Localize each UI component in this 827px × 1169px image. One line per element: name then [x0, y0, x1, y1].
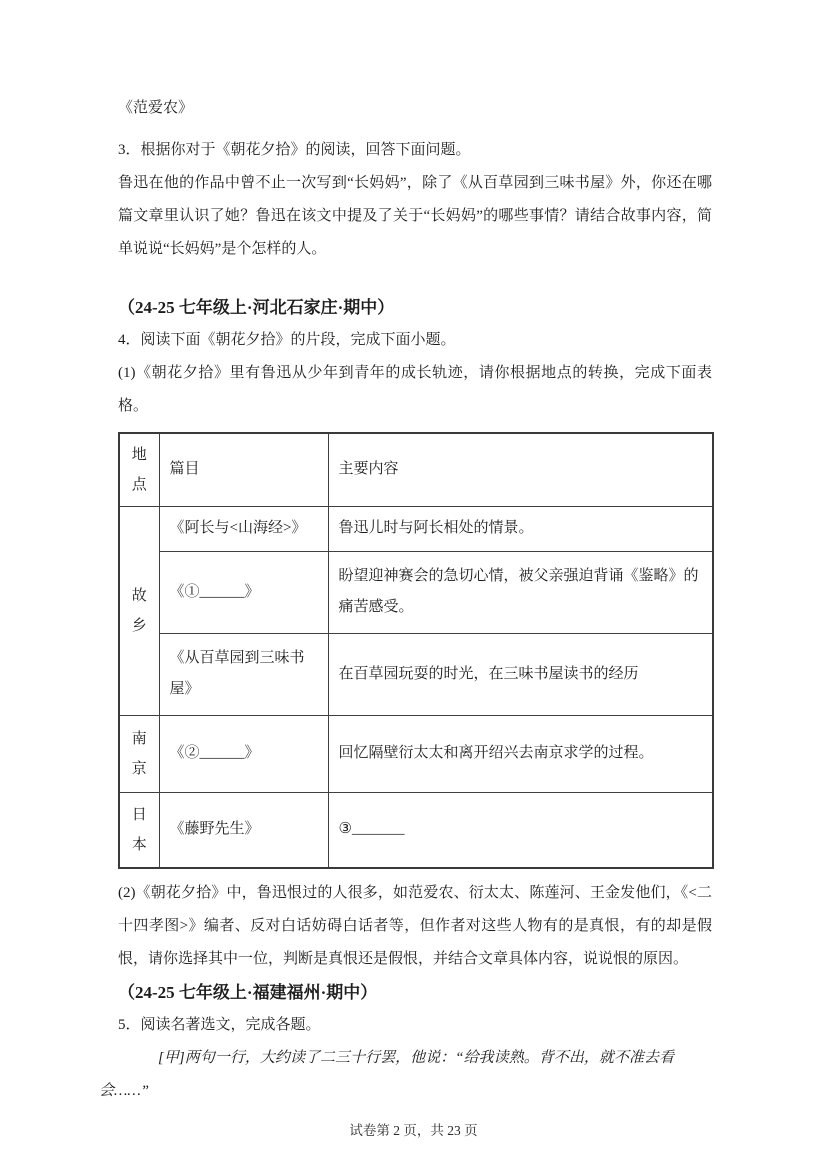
- q3-answer-title: 《范爱农》: [118, 92, 712, 125]
- title-cell-blank1: 《①______》: [159, 551, 328, 633]
- exam-source-heading-1: （24-25 七年级上·河北石家庄·期中）: [118, 291, 712, 324]
- table-row: 《①______》 盼望迎神赛会的急切心情，被父亲强迫背诵《鉴略》的痛苦感受。: [119, 551, 713, 633]
- place-cell-hometown: 故乡: [119, 506, 159, 715]
- table-header-title: 篇目: [159, 433, 328, 506]
- content-cell-baicaoyuan: 在百草园玩耍的时光，在三味书屋读书的经历: [328, 633, 713, 715]
- title-cell-tengye: 《藤野先生》: [159, 792, 328, 868]
- title-cell-baicaoyuan: 《从百草园到三味书屋》: [159, 633, 328, 715]
- question-3-body: 鲁迅在他的作品中曾不止一次写到“长妈妈”，除了《从百草园到三味书屋》外，你还在哪…: [118, 167, 712, 266]
- question-4-part1: (1)《朝花夕拾》里有鲁迅从少年到青年的成长轨迹，请你根据地点的转换，完成下面表…: [118, 357, 712, 423]
- growth-track-table: 地点 篇目 主要内容 故乡 《阿长与<山海经>》 鲁迅儿时与阿长相处的情景。 《…: [118, 432, 714, 869]
- content-cell-achang: 鲁迅儿时与阿长相处的情景。: [328, 506, 713, 551]
- question-4-part2: (2)《朝花夕拾》中，鲁迅恨过的人很多，如范爱农、衍太太、陈莲河、王金发他们，《…: [118, 877, 712, 976]
- table-header-content: 主要内容: [328, 433, 713, 506]
- place-text-nanjing: 南京: [132, 724, 147, 784]
- title-cell-blank2: 《②______》: [159, 715, 328, 792]
- question-3: 3．根据你对于《朝花夕拾》的阅读，回答下面问题。: [118, 134, 712, 167]
- place-text-japan: 日本: [132, 800, 147, 860]
- place-text-hometown: 故乡: [132, 581, 147, 641]
- table-header-place-text: 地点: [132, 440, 147, 500]
- table-header-place: 地点: [119, 433, 159, 506]
- page-content: 《范爱农》 3．根据你对于《朝花夕拾》的阅读，回答下面问题。 鲁迅在他的作品中曾…: [118, 92, 712, 1108]
- table-header-row: 地点 篇目 主要内容: [119, 433, 713, 506]
- title-cell-achang: 《阿长与<山海经>》: [159, 506, 328, 551]
- table-row: 南京 《②______》 回忆隔壁衍太太和离开绍兴去南京求学的过程。: [119, 715, 713, 792]
- content-cell-blank3: ③_______: [328, 792, 713, 868]
- table-row: 《从百草园到三味书屋》 在百草园玩耍的时光，在三味书屋读书的经历: [119, 633, 713, 715]
- page-footer: 试卷第 2 页，共 23 页: [0, 1123, 827, 1139]
- table-row: 日本 《藤野先生》 ③_______: [119, 792, 713, 868]
- place-cell-nanjing: 南京: [119, 715, 159, 792]
- exam-source-heading-2: （24-25 七年级上·福建福州·期中）: [118, 976, 712, 1009]
- question-5: 5．阅读名著选文，完成各题。: [118, 1009, 712, 1042]
- content-cell-blank1: 盼望迎神赛会的急切心情，被父亲强迫背诵《鉴略》的痛苦感受。: [328, 551, 713, 633]
- content-cell-blank2: 回忆隔壁衍太太和离开绍兴去南京求学的过程。: [328, 715, 713, 792]
- table-row: 故乡 《阿长与<山海经>》 鲁迅儿时与阿长相处的情景。: [119, 506, 713, 551]
- place-cell-japan: 日本: [119, 792, 159, 868]
- exam-paper-page: 《范爱农》 3．根据你对于《朝花夕拾》的阅读，回答下面问题。 鲁迅在他的作品中曾…: [0, 0, 827, 1169]
- passage-jia: [甲]两句一行，大约读了二三十行罢，他说：“给我读熟。背不出，就不准去看会……”: [99, 1042, 674, 1108]
- question-4: 4．阅读下面《朝花夕拾》的片段，完成下面小题。: [118, 324, 712, 357]
